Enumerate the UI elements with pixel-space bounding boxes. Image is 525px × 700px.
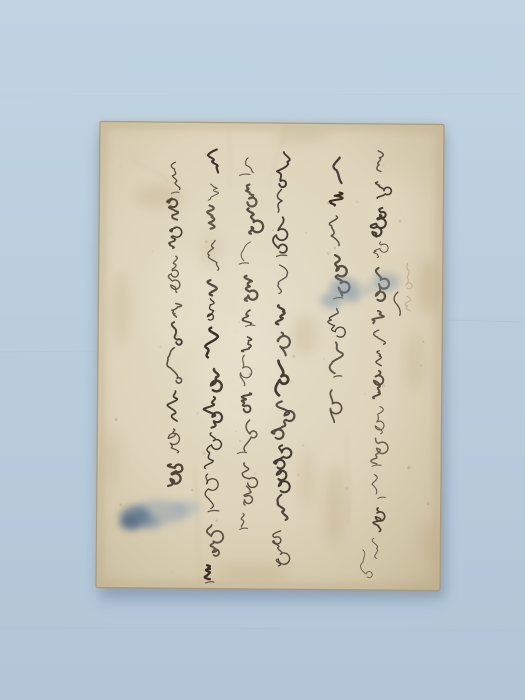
manuscript-page <box>96 122 444 591</box>
manuscript-photograph <box>0 0 525 700</box>
photo-stage <box>0 0 525 700</box>
